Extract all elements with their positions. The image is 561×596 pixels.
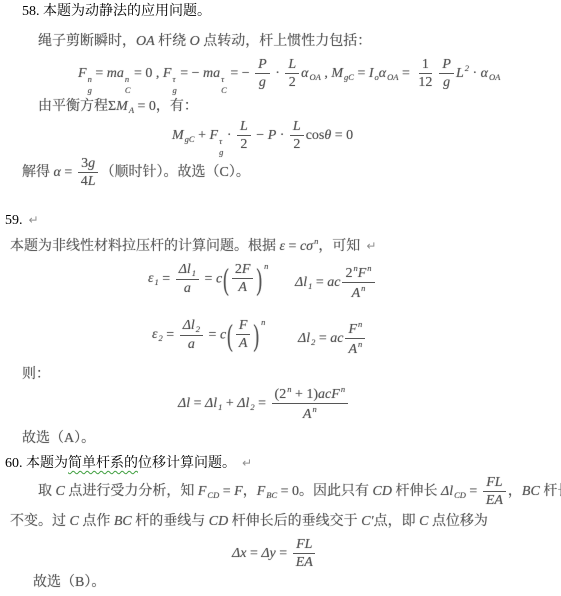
formula-elongation-2: Δl2 = acFnAn [298, 320, 367, 357]
problem-59-heading: 59.↵ [5, 212, 39, 231]
problem-58-result-line: 解得 α = 3g4L（顺时针）。故选（C）。 [22, 156, 250, 189]
problem-60-heading: 60. 本题为简单杆系的位移计算问题。↵ [5, 455, 252, 474]
paragraph-mark: ↵ [366, 239, 376, 253]
formula-moment-equation: MgC + Fτg · L2 − P · L2cosθ = 0 [172, 119, 353, 157]
problem-59-intro-text: 本题为非线性材料拉压杆的计算问题。根据 ε = cσn，可知 [10, 239, 360, 254]
problem-58-heading: 58. 本题为动静法的应用问题。 [22, 3, 211, 22]
problem-59-then-label: 则： [22, 366, 50, 385]
formula-total-elongation: Δl = Δl1 + Δl2 = (2n + 1)acFnAn [178, 385, 350, 422]
problem-59-number: 59. [5, 213, 23, 228]
problem-60-analysis-line: 取 C 点进行受力分析，知 FCD = F，FBC = 0。因此只有 CD 杆伸… [38, 475, 561, 508]
problem-59-intro-line: 本题为非线性材料拉压杆的计算问题。根据 ε = cσn，可知↵ [10, 236, 376, 257]
paragraph-mark: ↵ [29, 213, 39, 227]
formula-elongation-1: Δl1 = ac2nFnAn [295, 264, 377, 301]
formula-strain-1: ε1 = Δl1a = c(2FA)n [148, 262, 268, 296]
formula-inertia-forces: Fng = manC = 0 , Fτg = − maτC = − Pg · L… [78, 57, 500, 95]
problem-60-heading-grammar-underline: 简单杆系的 [68, 456, 138, 471]
problem-60-heading-suffix: 位移计算问题。 [138, 456, 236, 471]
paragraph-mark: ↵ [242, 456, 252, 470]
problem-60-heading-prefix: 60. 本题为 [5, 456, 68, 471]
formula-strain-2: ε2 = Δl2a = c(FA)n [152, 318, 265, 352]
problem-58-equilibrium-line: 由平衡方程ΣMA = 0，有： [38, 98, 198, 117]
formula-displacement: Δx = Δy = FLEA [232, 537, 318, 570]
document-page: 58. 本题为动静法的应用问题。 绳子剪断瞬时，OA 杆绕 O 点转动，杆上惯性… [0, 0, 561, 596]
problem-58-intro-line: 绳子剪断瞬时，OA 杆绕 O 点转动，杆上惯性力包括： [38, 33, 371, 52]
problem-59-choice: 故选（A）。 [22, 430, 95, 449]
problem-60-construction-line: 不变。过 C 点作 BC 杆的垂线与 CD 杆伸长后的垂线交于 C′点，即 C … [10, 513, 488, 532]
problem-60-choice: 故选（B）。 [33, 574, 105, 593]
